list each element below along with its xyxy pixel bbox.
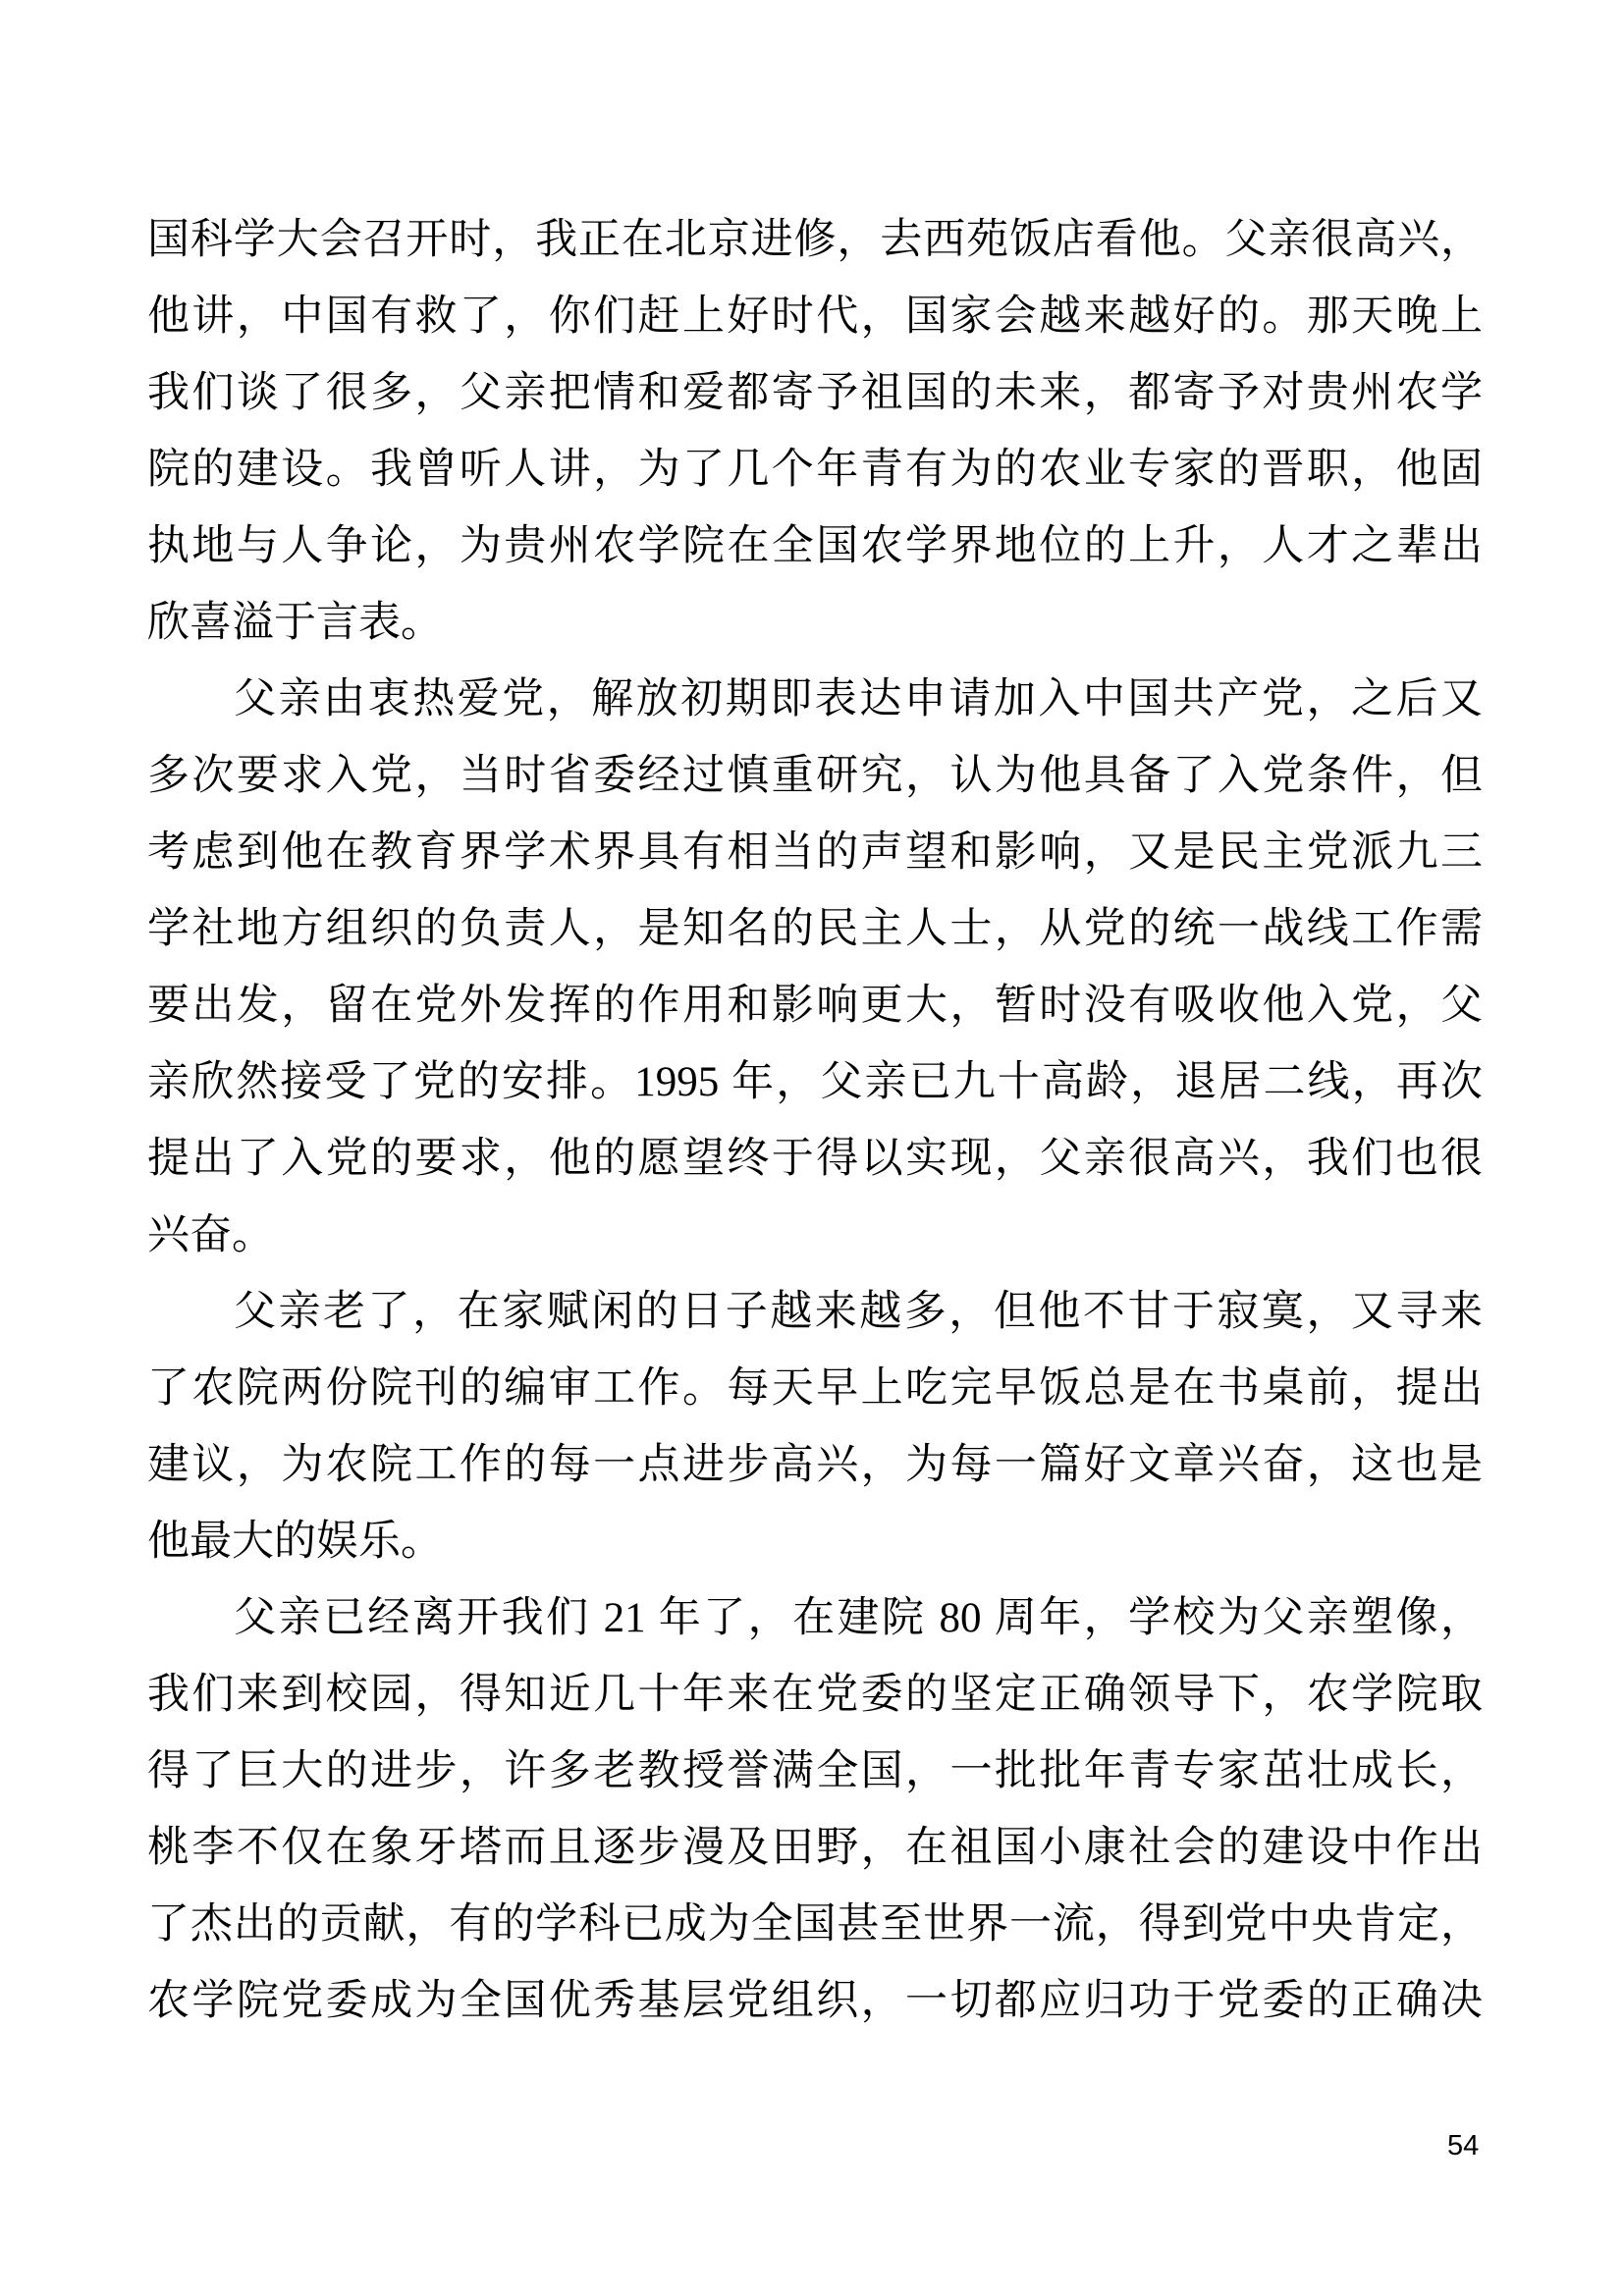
text-line-11: 要出发，留在党外发挥的作用和影响更大，暂时没有吸收他入党，父 xyxy=(147,968,1483,1044)
text-line-18: 他最大的娱乐。 xyxy=(147,1504,1483,1580)
text-line-16: 了农院两份院刊的编审工作。每天早上吃完早饭总是在书桌前，提出 xyxy=(147,1351,1483,1427)
text-line-6: 欣喜溢于言表。 xyxy=(147,585,1483,662)
text-line-9: 考虑到他在教育界学术界具有相当的声望和影响，又是民主党派九三 xyxy=(147,815,1483,891)
text-line-7: 父亲由衷热爱党，解放初期即表达申请加入中国共产党，之后又 xyxy=(147,662,1483,738)
body-text: 国科学大会召开时，我正在北京进修，去西苑饭店看他。父亲很高兴，他讲，中国有救了，… xyxy=(147,202,1483,2040)
text-line-8: 多次要求入党，当时省委经过慎重研究，认为他具备了入党条件，但 xyxy=(147,738,1483,815)
page-number: 54 xyxy=(1447,2130,1479,2162)
text-line-5: 执地与人争论，为贵州农学院在全国农学界地位的上升，人才之辈出 xyxy=(147,508,1483,585)
text-line-4: 院的建设。我曾听人讲，为了几个年青有为的农业专家的晋职，他固 xyxy=(147,432,1483,508)
text-line-14: 兴奋。 xyxy=(147,1198,1483,1274)
text-line-3: 我们谈了很多，父亲把情和爱都寄予祖国的未来，都寄予对贵州农学 xyxy=(147,355,1483,432)
text-line-21: 得了巨大的进步，许多老教授誉满全国，一批批年青专家茁壮成长， xyxy=(147,1734,1483,1810)
text-line-19: 父亲已经离开我们 21 年了，在建院 80 周年，学校为父亲塑像， xyxy=(147,1580,1483,1657)
text-line-17: 建议，为农院工作的每一点进步高兴，为每一篇好文章兴奋，这也是 xyxy=(147,1427,1483,1504)
text-line-20: 我们来到校园，得知近几十年来在党委的坚定正确领导下，农学院取 xyxy=(147,1657,1483,1734)
text-line-23: 了杰出的贡献，有的学科已成为全国甚至世界一流，得到党中央肯定， xyxy=(147,1887,1483,1963)
text-line-2: 他讲，中国有救了，你们赶上好时代，国家会越来越好的。那天晚上 xyxy=(147,279,1483,355)
text-line-1: 国科学大会召开时，我正在北京进修，去西苑饭店看他。父亲很高兴， xyxy=(147,202,1483,279)
text-line-24: 农学院党委成为全国优秀基层党组织，一切都应归功于党委的正确决 xyxy=(147,1963,1483,2040)
text-line-13: 提出了入党的要求，他的愿望终于得以实现，父亲很高兴，我们也很 xyxy=(147,1121,1483,1198)
text-line-15: 父亲老了，在家赋闲的日子越来越多，但他不甘于寂寞，又寻来 xyxy=(147,1274,1483,1351)
text-line-12: 亲欣然接受了党的安排。1995 年，父亲已九十高龄，退居二线，再次 xyxy=(147,1044,1483,1121)
text-line-22: 桃李不仅在象牙塔而且逐步漫及田野，在祖国小康社会的建设中作出 xyxy=(147,1810,1483,1887)
document-page: 国科学大会召开时，我正在北京进修，去西苑饭店看他。父亲很高兴，他讲，中国有救了，… xyxy=(0,0,1624,2296)
text-line-10: 学社地方组织的负责人，是知名的民主人士，从党的统一战线工作需 xyxy=(147,891,1483,968)
